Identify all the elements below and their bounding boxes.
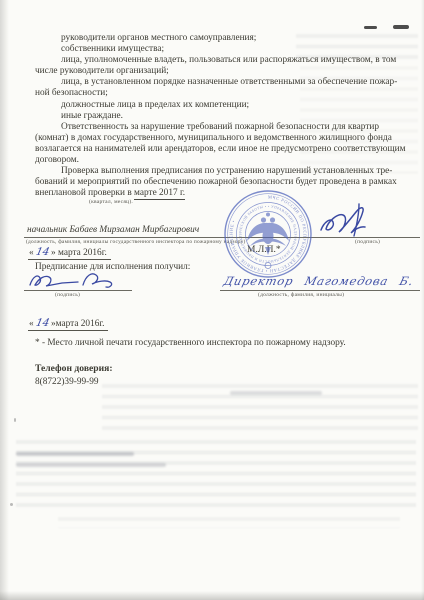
text-line: руководители органов местного самоуправл… — [35, 33, 415, 44]
recipient-signature — [26, 269, 126, 291]
text-line: лица, уполномоченные владеть, пользовать… — [35, 55, 415, 66]
scan-edge-left — [0, 0, 9, 600]
text-line: (комнат) в домах государственного, муниц… — [35, 133, 415, 144]
quarter-caption: (квартал, месяц). — [89, 199, 133, 205]
inspector-caption: (должность, фамилия, инициалы государств… — [26, 239, 246, 245]
inspector-name: начальник Бабаев Мирзаман Мирбагирович — [27, 225, 199, 235]
scan-speck — [14, 418, 16, 422]
text-line: числе руководители организаций; — [35, 66, 415, 77]
scan-artifact-dash — [364, 26, 377, 29]
footnote: * - Место личной печати государственного… — [35, 338, 346, 348]
scanned-document-page: руководители органов местного самоуправл… — [0, 0, 424, 600]
handwritten-day: 14 — [32, 317, 52, 329]
scan-artifact-dash — [393, 25, 409, 29]
text-line: бований и мероприятий по обеспечению пож… — [35, 177, 415, 188]
text-line: возлагается на нанимателей или арендатор… — [35, 144, 415, 155]
text-line: Проверка выполнения предписания по устра… — [35, 166, 415, 177]
bleed-through-block — [16, 440, 416, 510]
text-line: ной безопасности; — [35, 88, 415, 99]
signature-rule — [220, 290, 420, 291]
scan-speck — [10, 503, 13, 506]
official-stamp: МЧС РОССИИ ПО РЕСПУБЛИКЕ ДАГЕСТАН • ГЛАВ… — [223, 189, 313, 279]
bleed-through-block — [58, 517, 400, 528]
recipient-caption: (должность, фамилия, инициалы) — [258, 292, 344, 298]
body-text: руководители органов местного самоуправл… — [35, 33, 415, 199]
double-headed-eagle-icon — [247, 213, 289, 256]
date-issued: «14» марта 2016г. — [28, 246, 111, 258]
date-received: «14»марта 2016г. — [28, 317, 108, 329]
text-line: лица, в установленном порядке назначенны… — [35, 77, 415, 88]
handwritten-day: 14 — [32, 246, 52, 258]
inspector-signature — [318, 202, 376, 238]
signature-caption: (подпись) — [355, 239, 380, 245]
bleed-through-line — [16, 452, 134, 456]
text-line: должностные лица в пределах их компетенц… — [35, 100, 415, 111]
signature-rule — [24, 290, 132, 291]
text-line: иные граждане. — [35, 111, 415, 122]
bleed-through-line — [230, 391, 322, 395]
signature-caption: (подпись) — [55, 292, 80, 298]
trust-phone-label: Телефон доверия: — [35, 363, 113, 374]
text-line: договором. — [35, 155, 415, 166]
bleed-through-line — [16, 463, 166, 467]
text-line: Ответственность за нарушение требований … — [35, 122, 415, 133]
trust-phone-number: 8(8722)39-99-99 — [35, 377, 99, 387]
scan-edge-bottom — [0, 591, 424, 600]
text-line: собственники имущества; — [35, 44, 415, 55]
